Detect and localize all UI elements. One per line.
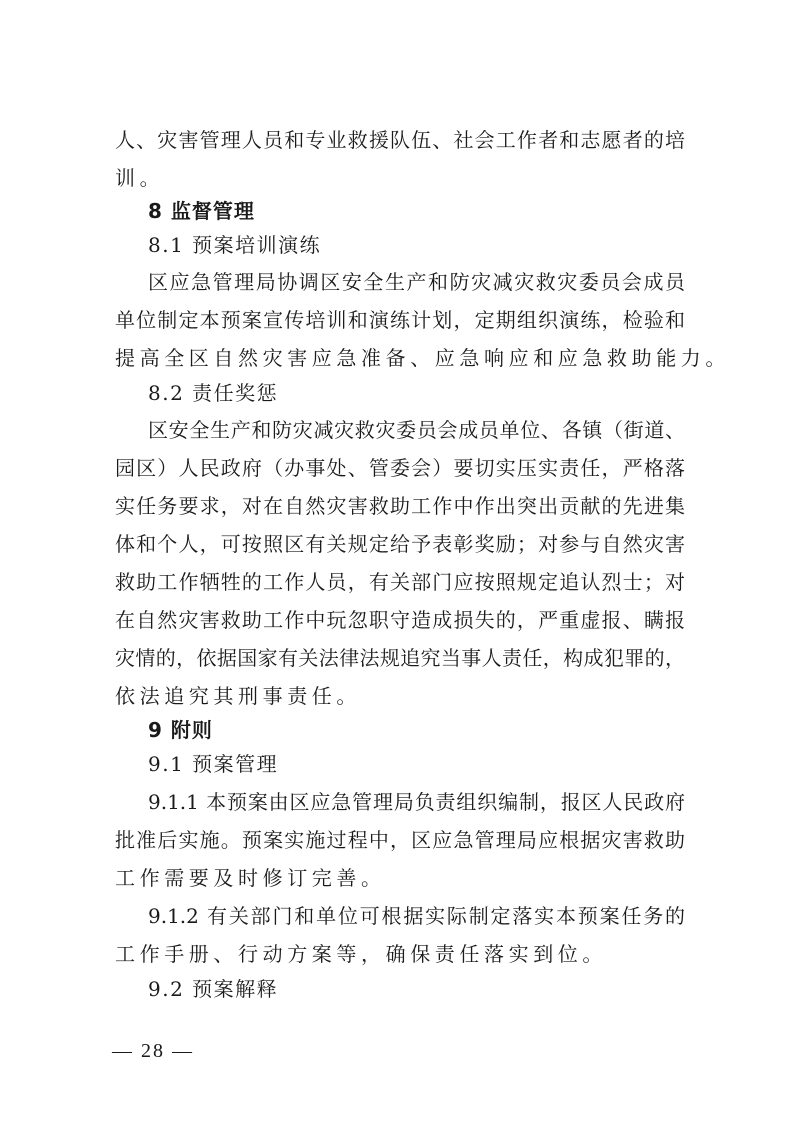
section-heading-9: 9 附则: [148, 718, 685, 742]
subsection-heading-8-1: 8.1 预案培训演练: [148, 233, 685, 257]
subsection-heading-8-2: 8.2 责任奖惩: [148, 381, 685, 405]
body-text-line: 灾情的，依据国家有关法律法规追究当事人责任，构成犯罪的，: [115, 646, 685, 670]
body-text-line: 区应急管理局协调区安全生产和防灾减灾救灾委员会成员: [148, 270, 685, 294]
body-text-line: 提高全区自然灾害应急准备、应急响应和应急救助能力。: [115, 346, 685, 370]
body-text-line: 救助工作牺牲的工作人员，有关部门应按照规定追认烈士；对: [115, 570, 685, 594]
body-text-line: 实任务要求，对在自然灾害救助工作中作出突出贡献的先进集: [115, 494, 685, 518]
body-text-line: 9.1.2 有关部门和单位可根据实际制定落实本预案任务的: [148, 904, 685, 928]
body-text-line: 人、灾害管理人员和专业救援队伍、社会工作者和志愿者的培: [115, 128, 685, 152]
section-heading-8: 8 监督管理: [148, 199, 685, 223]
body-text-line: 9.1.1 本预案由区应急管理局负责组织编制，报区人民政府: [148, 790, 685, 814]
body-text-line: 在自然灾害救助工作中玩忽职守造成损失的，严重虚报、瞒报: [115, 608, 685, 632]
body-text-line: 体和个人，可按照区有关规定给予表彰奖励；对参与自然灾害: [115, 532, 685, 556]
body-text-line: 单位制定本预案宣传培训和演练计划，定期组织演练，检验和: [115, 308, 685, 332]
body-text-line: 园区）人民政府（办事处、管委会）要切实压实责任，严格落: [115, 456, 685, 480]
body-text-line: 依法追究其刑事责任。: [115, 684, 685, 708]
subsection-heading-9-2: 9.2 预案解释: [148, 977, 685, 1001]
subsection-heading-9-1: 9.1 预案管理: [148, 752, 685, 776]
body-text-line: 工作手册、行动方案等，确保责任落实到位。: [115, 942, 685, 966]
body-text-line: 批准后实施。预案实施过程中，区应急管理局应根据灾害救助: [115, 828, 685, 852]
page-number: — 28 —: [112, 1040, 194, 1063]
body-text-line: 训。: [115, 166, 685, 190]
body-text-line: 工作需要及时修订完善。: [115, 866, 685, 890]
body-text-line: 区安全生产和防灾减灾救灾委员会成员单位、各镇（街道、: [148, 418, 685, 442]
